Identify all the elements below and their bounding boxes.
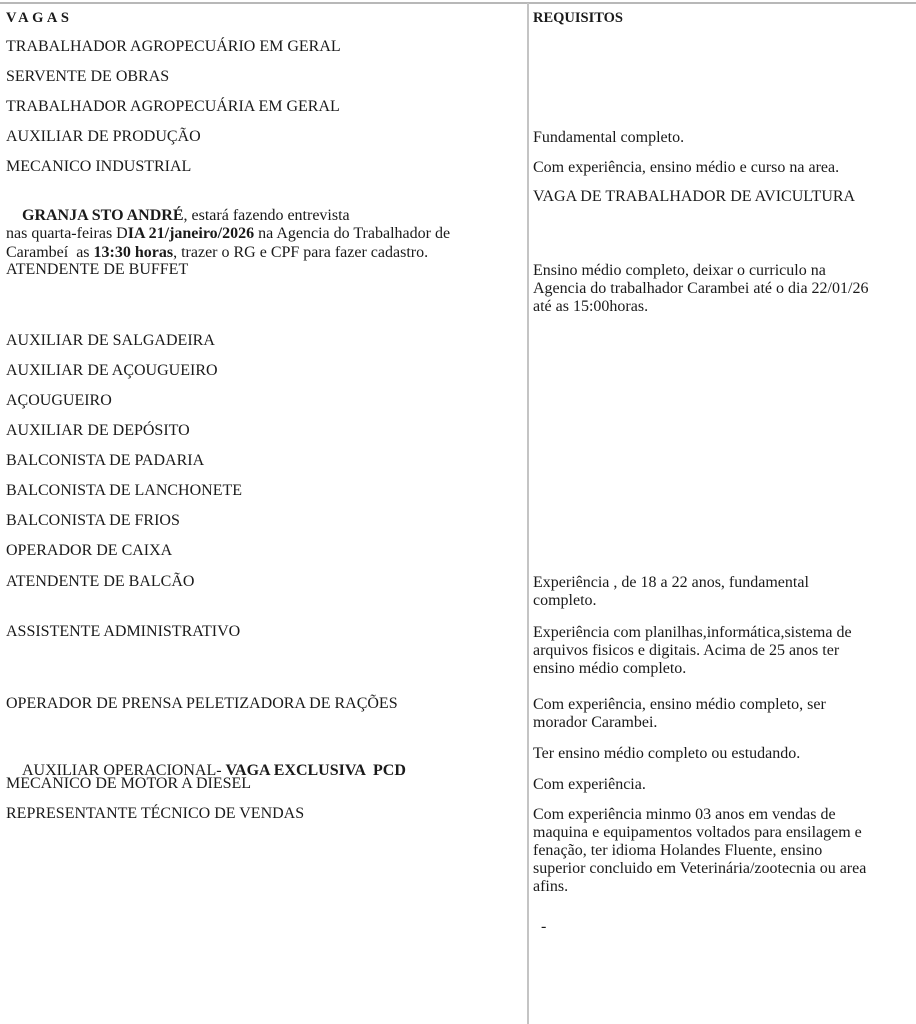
requisito-item: Experiência com planilhas,informática,si… <box>533 624 903 678</box>
requisito-item: Ter ensino médio completo ou estudando. <box>533 745 903 763</box>
vaga-item: TRABALHADOR AGROPECUÁRIO EM GERAL <box>6 38 521 56</box>
vagas-header: VAGAS <box>6 9 521 27</box>
vaga-item: OPERADOR DE PRENSA PELETIZADORA DE RAÇÕE… <box>6 695 521 713</box>
requisito-item: Com experiência minmo 03 anos em vendas … <box>533 806 903 896</box>
requisito-item: Com experiência, ensino médio e curso na… <box>533 159 903 177</box>
vaga-item: ATENDENTE DE BUFFET <box>6 261 521 279</box>
requisito-item: Ensino médio completo, deixar o curricul… <box>533 262 903 316</box>
vaga-item: AUXILIAR DE SALGADEIRA <box>6 332 521 350</box>
rich-part: GRANJA STO ANDRÉ, estará fazendo entrevi… <box>6 207 450 261</box>
text: , trazer o RG e CPF para fazer cadastro. <box>173 244 428 261</box>
column-divider <box>527 3 529 1024</box>
vaga-item: MECANICO DE MOTOR A DIESEL <box>6 775 521 793</box>
requisito-item: VAGA DE TRABALHADOR DE AVICULTURA <box>533 188 903 206</box>
vaga-item: AUXILIAR DE PRODUÇÃO <box>6 128 521 146</box>
vaga-item: ATENDENTE DE BALCÃO <box>6 573 521 591</box>
requisito-item: Com experiência, ensino médio completo, … <box>533 696 903 732</box>
vaga-item: SERVENTE DE OBRAS <box>6 68 521 86</box>
vaga-item: BALCONISTA DE LANCHONETE <box>6 482 521 500</box>
vaga-item: AUXILIAR DE DEPÓSITO <box>6 422 521 440</box>
table-top-border <box>0 2 916 4</box>
requisito-item: Com experiência. <box>533 776 903 794</box>
vaga-item: MECANICO INDUSTRIAL <box>6 158 521 176</box>
vaga-item: TRABALHADOR AGROPECUÁRIA EM GERAL <box>6 98 521 116</box>
trailing-dash: - <box>541 918 911 936</box>
bold-text: IA 21/janeiro/2026 <box>128 225 254 242</box>
requisito-item: Experiência , de 18 a 22 anos, fundament… <box>533 574 903 610</box>
vaga-item: BALCONISTA DE PADARIA <box>6 452 521 470</box>
bold-text: GRANJA STO ANDRÉ <box>22 207 184 224</box>
vaga-item: BALCONISTA DE FRIOS <box>6 512 521 530</box>
vaga-item: AÇOUGUEIRO <box>6 392 521 410</box>
vaga-item: REPRESENTANTE TÉCNICO DE VENDAS <box>6 805 521 823</box>
requisito-item: Fundamental completo. <box>533 129 903 147</box>
vaga-item: OPERADOR DE CAIXA <box>6 542 521 560</box>
vaga-item: AUXILIAR DE AÇOUGUEIRO <box>6 362 521 380</box>
requisitos-header: REQUISITOS <box>533 9 903 27</box>
vaga-item: ASSISTENTE ADMINISTRATIVO <box>6 623 521 641</box>
bold-text: 13:30 horas <box>94 244 174 261</box>
